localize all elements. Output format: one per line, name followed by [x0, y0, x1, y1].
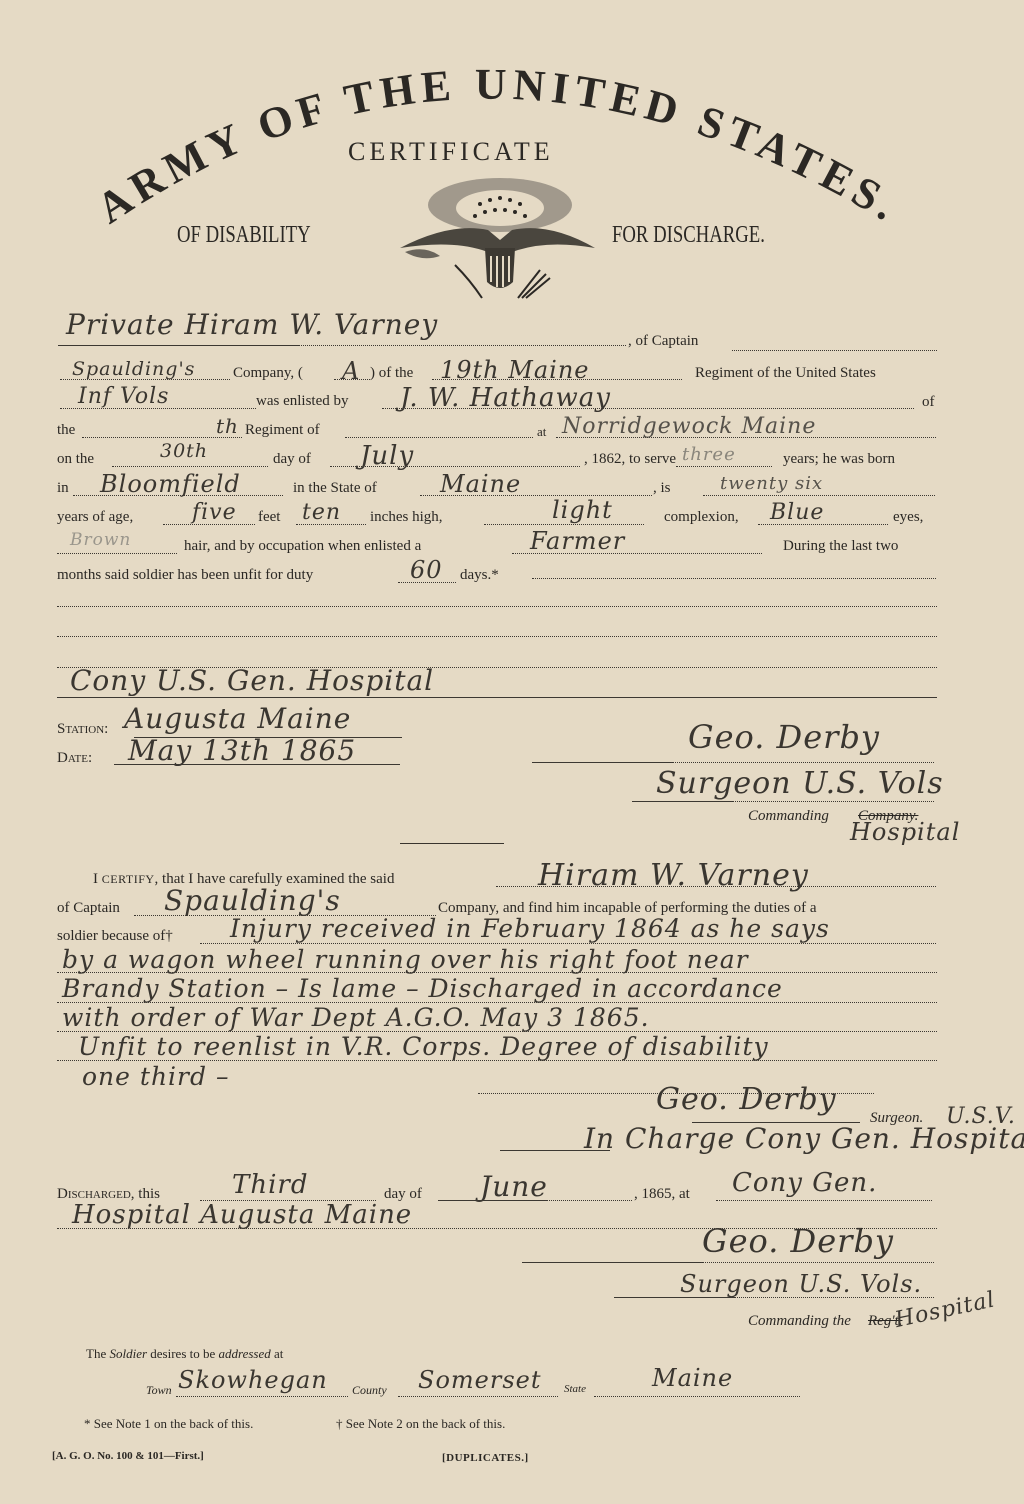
label-of: of — [922, 394, 935, 411]
for-discharge-caption: FOR DISCHARGE. — [612, 222, 765, 249]
eagle-icon — [400, 170, 610, 300]
label-complexion: complexion, — [664, 509, 739, 526]
captain-dotted — [60, 379, 230, 380]
label-company: Company, ( — [233, 365, 303, 382]
enlist-place-field: Norridgewock Maine — [562, 414, 816, 439]
days-unfit-line — [398, 582, 456, 583]
signature-line-1 — [532, 762, 672, 763]
label-discharge-year: , 1865, at — [634, 1186, 690, 1203]
certificate-heading: CERTIFICATE — [348, 137, 554, 167]
state-line — [594, 1396, 800, 1397]
soldier-name-line — [496, 886, 936, 887]
name-underline — [58, 345, 298, 346]
height-inches-field: ten — [302, 500, 341, 525]
birth-state-field: Maine — [440, 470, 521, 498]
occupation-line — [512, 553, 762, 554]
label-regiment-of: Regiment of — [245, 422, 320, 439]
address-intro: The Soldier desires to be addressed at — [86, 1346, 283, 1362]
hair-field: Brown — [70, 530, 131, 550]
reason-line-0-dots — [200, 943, 936, 944]
company-letter-field: A — [342, 357, 360, 385]
label-because: soldier because of† — [57, 928, 173, 945]
footnote-1: * See Note 1 on the back of this. — [84, 1416, 253, 1432]
remarks-line-0 — [532, 578, 936, 579]
captain-line — [732, 350, 937, 351]
reason-line-2: Brandy Station – Is lame – Discharged in… — [62, 974, 783, 1003]
of-disability-caption: OF DISABILITY — [177, 222, 311, 249]
county-line — [398, 1396, 558, 1397]
label-commanding-the: Commanding the — [748, 1313, 851, 1330]
label-years-born: years; he was born — [783, 451, 895, 468]
label-feet: feet — [258, 509, 280, 526]
label-state: State — [564, 1383, 586, 1395]
county-field: Somerset — [418, 1366, 542, 1394]
reason-line-5: one third – — [82, 1062, 229, 1091]
reason-line-1: by a wagon wheel running over his right … — [62, 945, 749, 974]
label-months-unfit: months said soldier has been unfit for d… — [57, 567, 313, 584]
label-station: Station: — [57, 721, 108, 738]
label-inches: inches high, — [370, 509, 443, 526]
footnote-2: † See Note 2 on the back of this. — [336, 1416, 505, 1432]
label-the: the — [57, 422, 75, 439]
branch-field: Inf Vols — [78, 384, 169, 409]
label-day-of: day of — [273, 451, 311, 468]
branch-line — [60, 408, 256, 409]
enlist-place-line — [556, 437, 936, 438]
remarks-line-1 — [57, 606, 937, 607]
town-line — [176, 1396, 348, 1397]
station-signature-title: Surgeon U.S. Vols — [656, 766, 944, 801]
complexion-line — [484, 524, 644, 525]
label-of-captain: , of Captain — [628, 333, 698, 350]
name-dotted-line — [298, 345, 626, 346]
duplicates-label: [DUPLICATES.] — [442, 1452, 529, 1464]
station-signature: Geo. Derby — [688, 718, 880, 756]
label-regiment-us: Regiment of the United States — [695, 365, 876, 382]
label-commanding: Commanding — [748, 808, 829, 825]
discharge-month-line — [438, 1200, 546, 1201]
days-unfit-field: 60 — [410, 556, 443, 584]
discharge-signature-title: Surgeon U.S. Vols. — [680, 1270, 922, 1298]
station-field: Augusta Maine — [124, 702, 351, 735]
regiment-of-line — [345, 437, 533, 438]
enlist-day-line — [112, 466, 268, 467]
regiment-line — [432, 379, 682, 380]
label-town: Town — [146, 1383, 172, 1398]
eyes-field: Blue — [770, 500, 824, 525]
complexion-field: light — [552, 496, 613, 524]
label-cert-of-captain: of Captain — [57, 900, 120, 917]
discharge-sig-line-1 — [522, 1262, 702, 1263]
date-line — [114, 764, 400, 765]
term-line — [676, 466, 772, 467]
eyes-line — [758, 524, 888, 525]
label-is: , is — [653, 480, 671, 497]
enlist-day-field: 30th — [160, 440, 208, 462]
hospital-field: Cony U.S. Gen. Hospital — [70, 664, 434, 697]
label-hair-occupation: hair, and by occupation when enlisted a — [184, 538, 421, 555]
label-of-the: ) of the — [370, 365, 413, 382]
label-at: at — [537, 424, 546, 440]
cert-signature: Geo. Derby — [656, 1082, 837, 1117]
label-on-the: on the — [57, 451, 94, 468]
label-eyes: eyes, — [893, 509, 923, 526]
date-field: May 13th 1865 — [128, 734, 356, 767]
birthplace-line — [73, 495, 283, 496]
signature-line-2 — [632, 801, 732, 802]
cert-captain-field: Spaulding's — [164, 884, 341, 917]
reason-line-3: with order of War Dept A.G.O. May 3 1865… — [62, 1003, 650, 1032]
rank-and-name-field: Private Hiram W. Varney — [66, 308, 438, 341]
enlisted-by-line — [382, 408, 914, 409]
discharge-sig-line-1-dots — [702, 1262, 934, 1263]
discharge-month-field: June — [480, 1170, 548, 1203]
height-inches-line — [296, 524, 366, 525]
label-last-two: During the last two — [783, 538, 898, 555]
hospital-line — [57, 697, 937, 698]
label-year: , 1862, to serve — [584, 451, 676, 468]
height-feet-line — [163, 524, 255, 525]
soldier-name-field: Hiram W. Varney — [538, 858, 809, 893]
signature-line-2-dots — [732, 801, 934, 802]
cert-signature-title: In Charge Cony Gen. Hospital — [584, 1122, 1024, 1155]
discharge-month-dots — [546, 1200, 632, 1201]
enlist-month-line — [330, 466, 580, 467]
section-divider — [400, 843, 504, 844]
height-feet-field: five — [192, 500, 237, 525]
birthplace-field: Bloomfield — [100, 470, 241, 498]
commanding-hospital: Hospital — [850, 818, 960, 846]
term-field: three — [682, 444, 736, 465]
label-date: Date: — [57, 750, 92, 767]
captain-field: Spaulding's — [72, 358, 195, 380]
discharge-sig-line-2 — [614, 1297, 734, 1298]
discharge-place-1: Cony Gen. — [732, 1168, 877, 1198]
age-field: twenty six — [720, 473, 823, 494]
discharge-place-1-line — [716, 1200, 932, 1201]
discharge-sig-line-2-dots — [734, 1297, 934, 1298]
hair-line — [57, 553, 177, 554]
reason-line-4: Unfit to reenlist in V.R. Corps. Degree … — [78, 1032, 769, 1061]
age-line — [703, 495, 935, 496]
recruiter-regiment-line — [82, 437, 242, 438]
discharge-place-2: Hospital Augusta Maine — [72, 1200, 412, 1230]
label-days: days.* — [460, 567, 499, 584]
birth-state-line — [420, 495, 652, 496]
reason-line-0: Injury received in February 1864 as he s… — [230, 914, 830, 943]
label-enlisted-by: was enlisted by — [256, 393, 348, 410]
state-field: Maine — [652, 1364, 733, 1392]
remarks-line-2 — [57, 636, 937, 637]
form-id: [A. G. O. No. 100 & 101—First.] — [52, 1450, 204, 1462]
company-letter-line — [334, 379, 370, 380]
town-field: Skowhegan — [178, 1366, 328, 1394]
label-state-of: in the State of — [293, 480, 377, 497]
occupation-field: Farmer — [530, 527, 625, 555]
discharge-signature: Geo. Derby — [702, 1222, 894, 1260]
label-years-of-age: years of age, — [57, 509, 133, 526]
discharge-day-field: Third — [232, 1170, 308, 1200]
recruiter-regiment-field: th — [216, 414, 239, 438]
label-county: County — [352, 1383, 387, 1398]
signature-line-1-dots — [672, 762, 934, 763]
label-in: in — [57, 480, 69, 497]
certificate-page: ARMY OF THE UNITED STATES. CERTIFICATE O… — [0, 0, 1024, 1504]
